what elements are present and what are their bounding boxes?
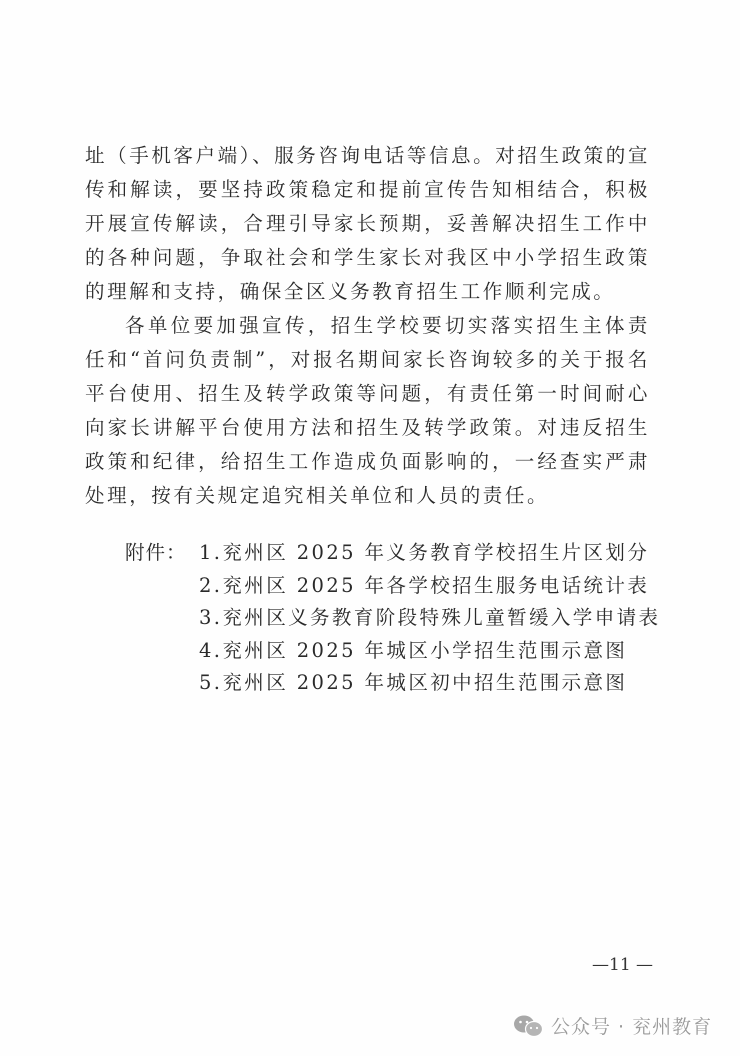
attachments-label: 附件： [125, 537, 199, 570]
attachments-list: 附件：1.兖州区 2025 年义务教育学校招生片区划分 2.兖州区 2025 年… [125, 537, 660, 700]
paragraph-1: 址（手机客户端）、服务咨询电话等信息。对招生政策的宣传和解读，要坚持政策稳定和提… [85, 139, 650, 309]
attachment-4: 4.兖州区 2025 年城区小学招生范围示意图 [199, 639, 627, 662]
wechat-watermark: 公众号 · 兖州教育 [513, 1012, 712, 1039]
attachment-item: 5.兖州区 2025 年城区初中招生范围示意图 [125, 667, 660, 700]
page-number: —11 — [592, 955, 653, 975]
body-text: 址（手机客户端）、服务咨询电话等信息。对招生政策的宣传和解读，要坚持政策稳定和提… [85, 139, 650, 309]
attachment-item: 2.兖州区 2025 年各学校招生服务电话统计表 [125, 570, 660, 603]
attachment-2: 2.兖州区 2025 年各学校招生服务电话统计表 [199, 574, 649, 597]
wechat-icon [513, 1014, 545, 1038]
attachment-item: 附件：1.兖州区 2025 年义务教育学校招生片区划分 [125, 537, 660, 570]
attachment-1: 1.兖州区 2025 年义务教育学校招生片区划分 [199, 541, 649, 564]
document-page: 址（手机客户端）、服务咨询电话等信息。对招生政策的宣传和解读，要坚持政策稳定和提… [0, 0, 740, 1056]
body-text-2: 各单位要加强宣传，招生学校要切实落实招生主体责任和“首问负责制”，对报名期间家长… [85, 309, 650, 513]
attachment-5: 5.兖州区 2025 年城区初中招生范围示意图 [199, 671, 627, 694]
watermark-text: 公众号 · 兖州教育 [551, 1012, 712, 1039]
paragraph-2: 各单位要加强宣传，招生学校要切实落实招生主体责任和“首问负责制”，对报名期间家长… [85, 309, 650, 513]
attachment-item: 3.兖州区义务教育阶段特殊儿童暂缓入学申请表 [125, 602, 660, 635]
attachment-item: 4.兖州区 2025 年城区小学招生范围示意图 [125, 635, 660, 668]
attachment-3: 3.兖州区义务教育阶段特殊儿童暂缓入学申请表 [199, 606, 660, 629]
